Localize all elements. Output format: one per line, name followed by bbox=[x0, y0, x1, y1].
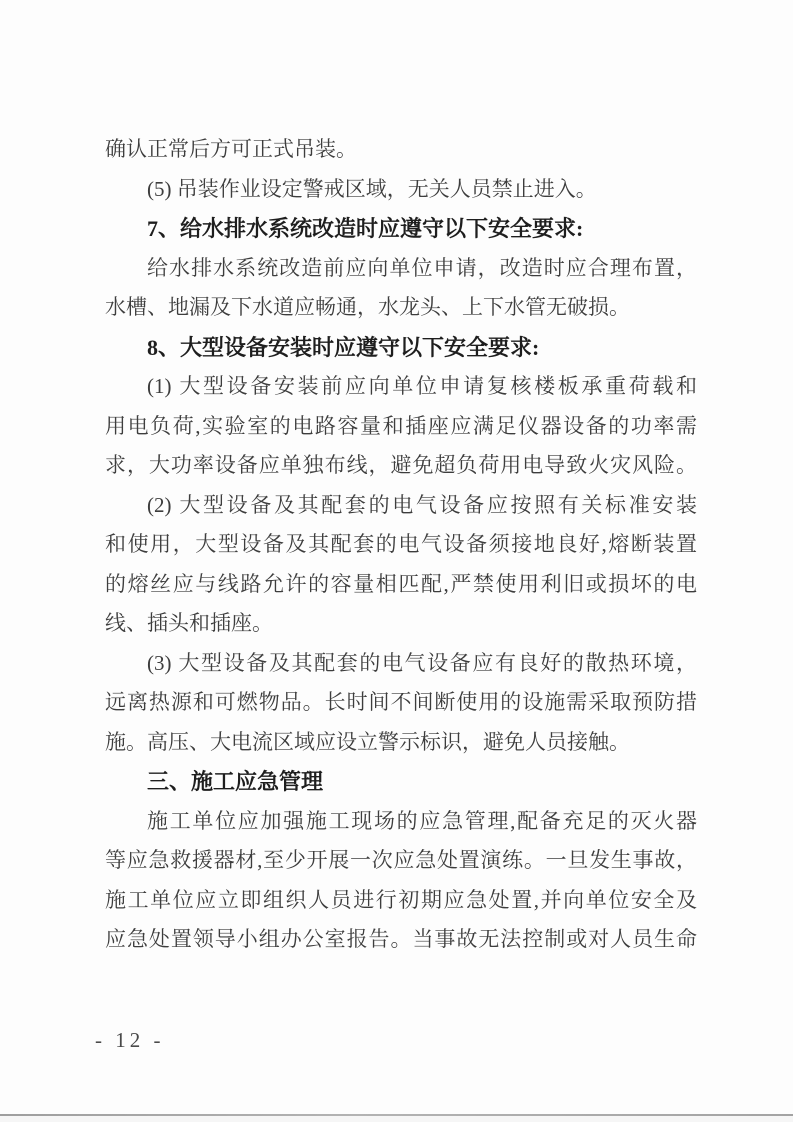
below-scan-edge-area bbox=[0, 1116, 793, 1122]
section-heading: 8、大型设备安装时应遵守以下安全要求: bbox=[105, 328, 697, 368]
text-line: 应急处置领导小组办公室报告。当事故无法控制或对人员生命 bbox=[105, 920, 697, 960]
text-line: 用电负荷,实验室的电路容量和插座应满足仪器设备的功率需 bbox=[105, 407, 697, 447]
page-number: - 12 - bbox=[95, 1028, 165, 1053]
text-line: (5) 吊装作业设定警戒区域，无关人员禁止进入。 bbox=[105, 170, 697, 210]
text-line: (2) 大型设备及其配套的电气设备应按照有关标准安装 bbox=[105, 486, 697, 526]
text-line: 给水排水系统改造前应向单位申请，改造时应合理布置， bbox=[105, 249, 697, 289]
text-line: 线、插头和插座。 bbox=[105, 604, 697, 644]
text-line: 的熔丝应与线路允许的容量相匹配,严禁使用利旧或损坏的电 bbox=[105, 565, 697, 605]
text-line: 施工单位应加强施工现场的应急管理,配备充足的灭火器 bbox=[105, 802, 697, 842]
text-line: 水槽、地漏及下水道应畅通，水龙头、上下水管无破损。 bbox=[105, 288, 697, 328]
text-line: 和使用，大型设备及其配套的电气设备须接地良好,熔断装置 bbox=[105, 525, 697, 565]
text-line: 等应急救援器材,至少开展一次应急处置演练。一旦发生事故， bbox=[105, 841, 697, 881]
text-line: 求，大功率设备应单独布线，避免超负荷用电导致火灾风险。 bbox=[105, 446, 697, 486]
text-line: 施。高压、大电流区域应设立警示标识，避免人员接触。 bbox=[105, 723, 697, 763]
section-heading: 7、给水排水系统改造时应遵守以下安全要求: bbox=[105, 209, 697, 249]
text-line: 施工单位应立即组织人员进行初期应急处置,并向单位安全及 bbox=[105, 881, 697, 921]
text-line: (1) 大型设备安装前应向单位申请复核楼板承重荷载和 bbox=[105, 367, 697, 407]
text-line: 确认正常后方可正式吊装。 bbox=[105, 130, 697, 170]
text-line: 远离热源和可燃物品。长时间不间断使用的设施需采取预防措 bbox=[105, 683, 697, 723]
document-body: 确认正常后方可正式吊装。(5) 吊装作业设定警戒区域，无关人员禁止进入。7、给水… bbox=[105, 130, 697, 960]
text-line: (3) 大型设备及其配套的电气设备应有良好的散热环境， bbox=[105, 644, 697, 684]
scanned-document-page: 确认正常后方可正式吊装。(5) 吊装作业设定警戒区域，无关人员禁止进入。7、给水… bbox=[0, 0, 793, 1122]
section-heading: 三、施工应急管理 bbox=[105, 762, 697, 802]
